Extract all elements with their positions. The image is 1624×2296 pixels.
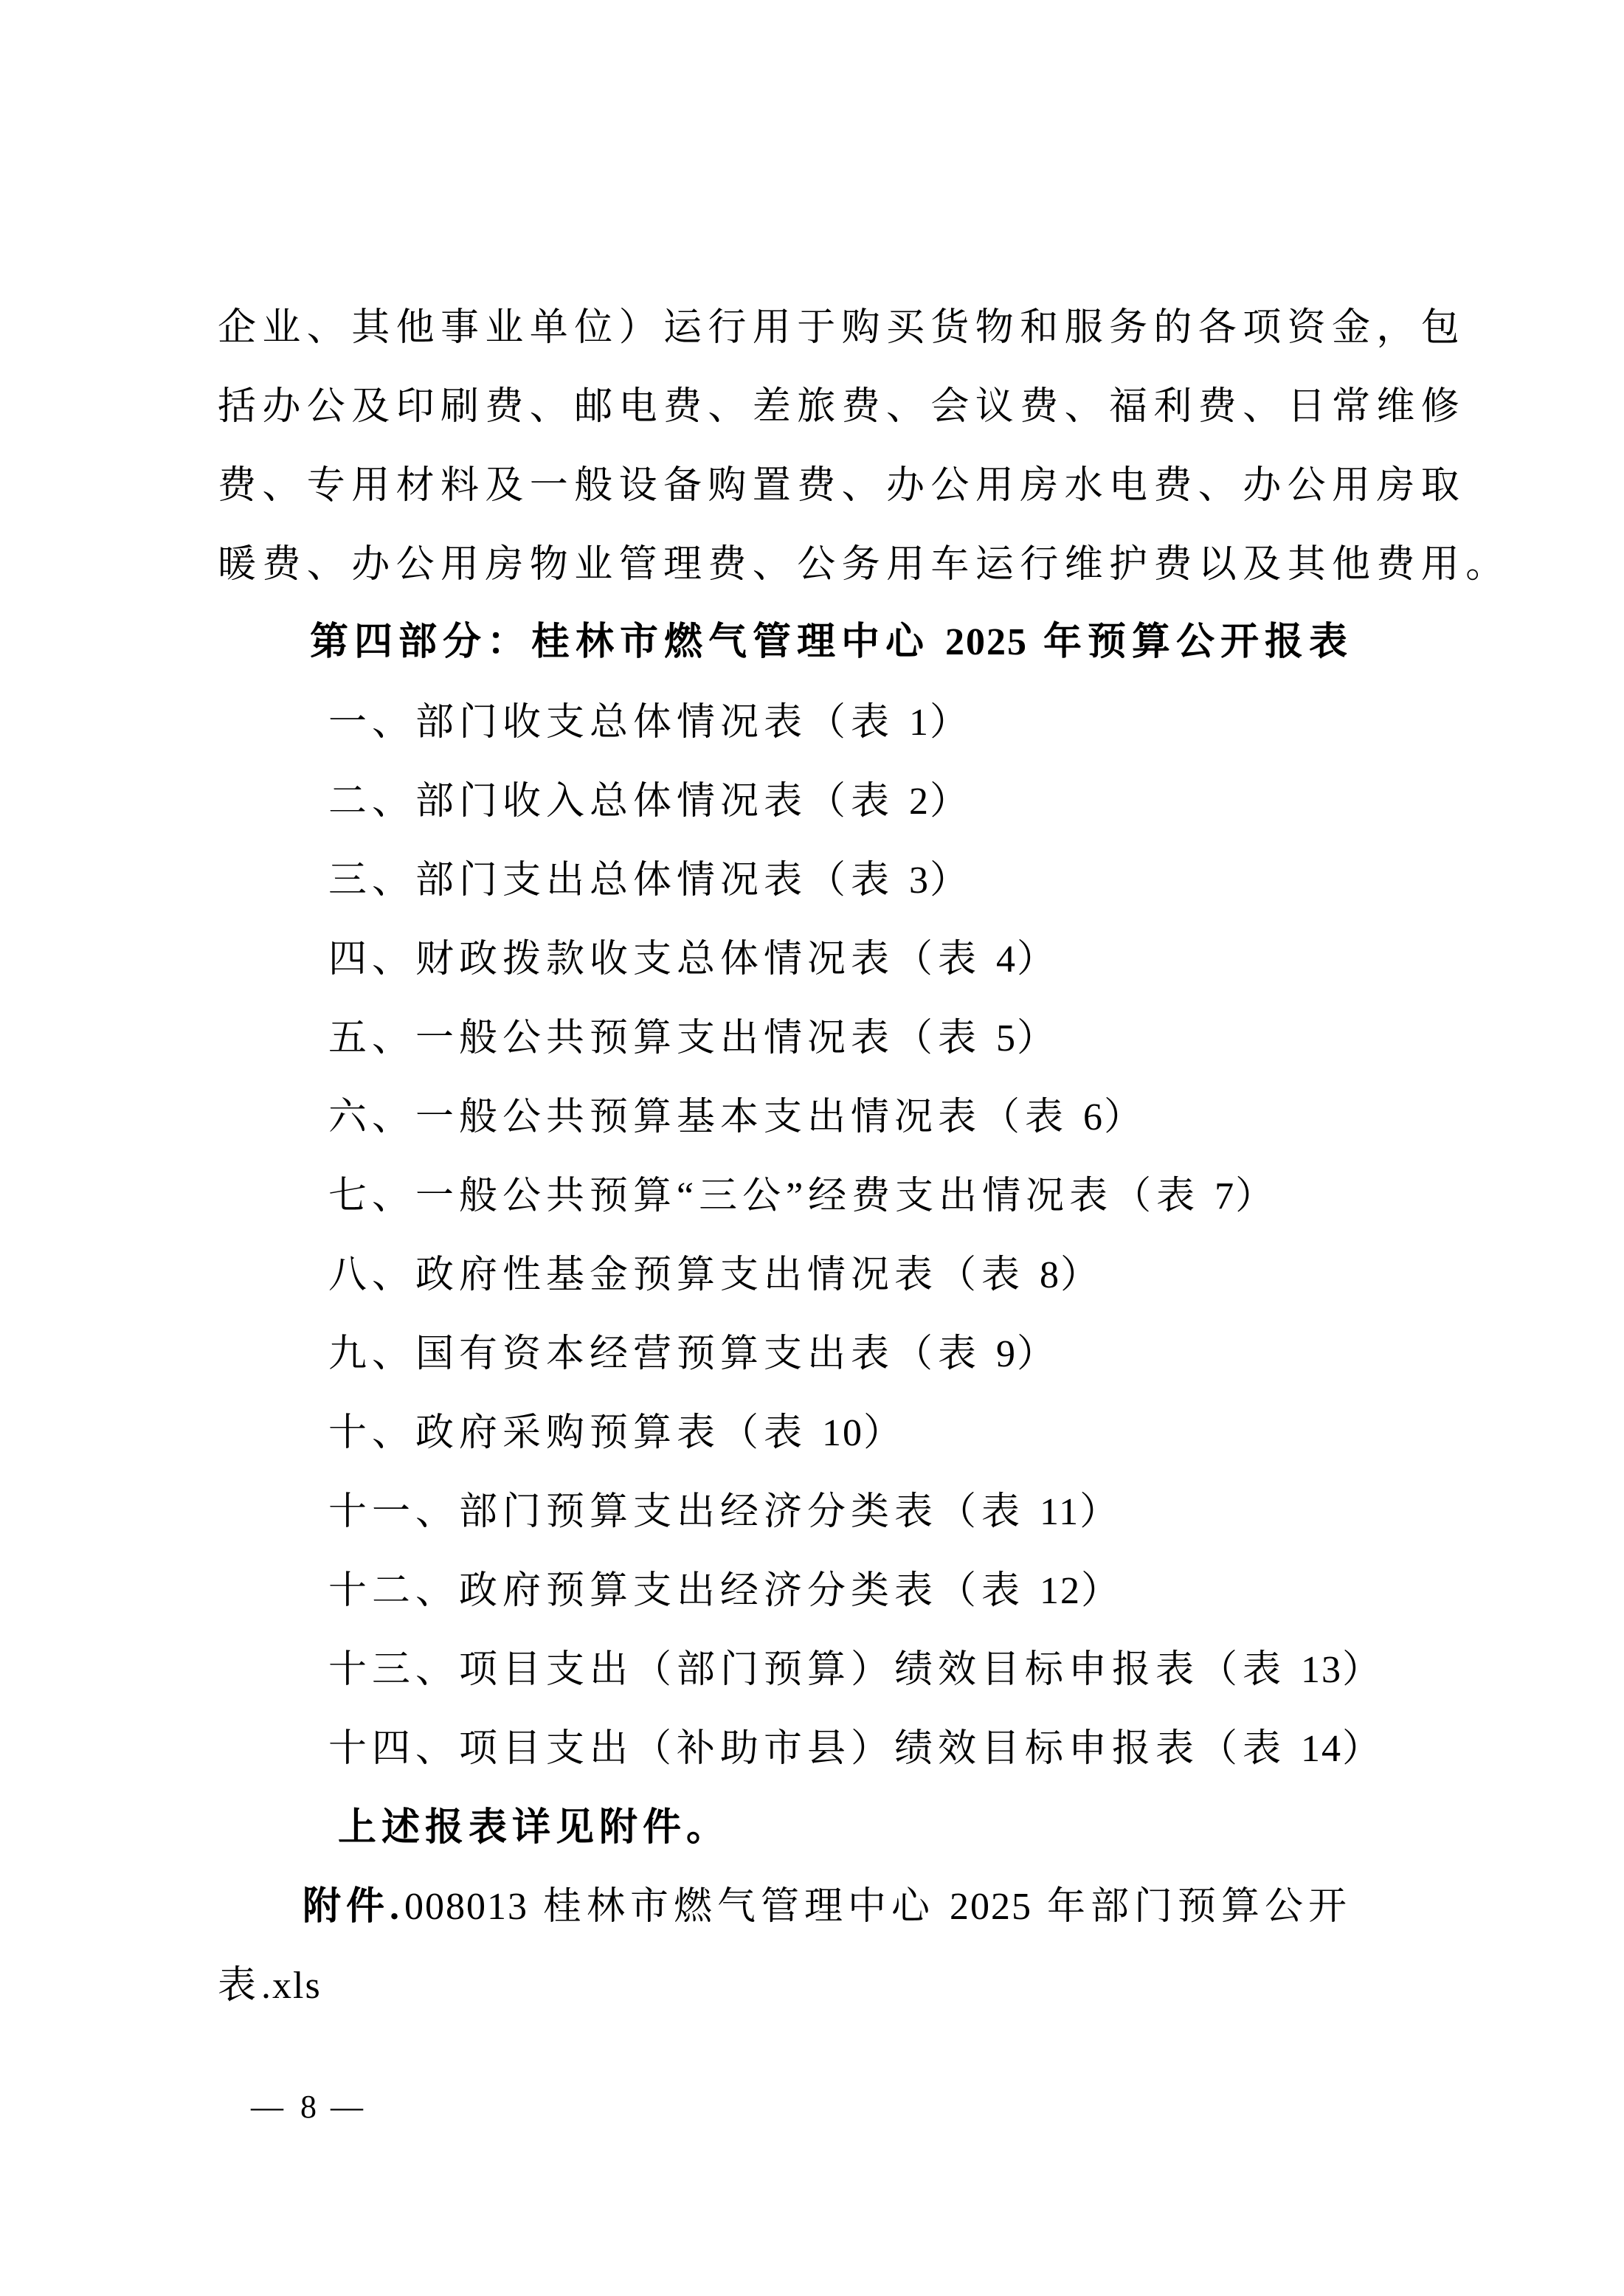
page-number: — 8 — bbox=[251, 2091, 367, 2123]
opening-paragraph-line: 括办公及印刷费、邮电费、差旅费、会议费、福利费、日常维修 bbox=[218, 388, 1465, 426]
section-heading: 第四部分：桂林市燃气管理中心 2025 年预算公开报表 bbox=[310, 623, 1353, 662]
report-list-item: 一、部门收支总体情况表（表 1） bbox=[328, 704, 973, 742]
report-list-item: 二、部门收入总体情况表（表 2） bbox=[328, 783, 973, 821]
opening-paragraph-line: 暖费、办公用房物业管理费、公务用车运行维护费以及其他费用。 bbox=[218, 546, 1510, 584]
report-list-item: 三、部门支出总体情况表（表 3） bbox=[328, 862, 973, 900]
opening-paragraph-line: 企业、其他事业单位）运行用于购买货物和服务的各项资金，包 bbox=[218, 309, 1465, 347]
attachment-value: 008013 桂林市燃气管理中心 2025 年部门预算公开 bbox=[404, 1886, 1352, 1928]
report-list-item: 六、一般公共预算基本支出情况表（表 6） bbox=[328, 1099, 1147, 1137]
note-line: 上述报表详见附件。 bbox=[338, 1809, 730, 1847]
attachment-filename-tail: 表.xls bbox=[218, 1967, 322, 2005]
report-list-item: 十二、政府预算支出经济分类表（表 12） bbox=[328, 1572, 1124, 1611]
report-list-item: 七、一般公共预算“三公”经费支出情况表（表 7） bbox=[328, 1178, 1279, 1216]
attachment-label: 附件. bbox=[303, 1886, 404, 1928]
report-list-item: 八、政府性基金预算支出情况表（表 8） bbox=[328, 1256, 1104, 1295]
report-list-item: 十一、部门预算支出经济分类表（表 11） bbox=[328, 1493, 1123, 1532]
report-list-item: 五、一般公共预算支出情况表（表 5） bbox=[328, 1020, 1060, 1058]
report-list-item: 十三、项目支出（部门预算）绩效目标申报表（表 13） bbox=[328, 1651, 1386, 1690]
report-list-item: 九、国有资本经营预算支出表（表 9） bbox=[328, 1335, 1060, 1374]
opening-paragraph-line: 费、专用材料及一般设备购置费、办公用房水电费、办公用房取 bbox=[218, 467, 1465, 505]
attachment-line: 附件.008013 桂林市燃气管理中心 2025 年部门预算公开 bbox=[303, 1888, 1352, 1926]
report-list-item: 十、政府采购预算表（表 10） bbox=[328, 1414, 907, 1453]
document-page: 企业、其他事业单位）运行用于购买货物和服务的各项资金，包括办公及印刷费、邮电费、… bbox=[0, 0, 1624, 2296]
report-list-item: 十四、项目支出（补助市县）绩效目标申报表（表 14） bbox=[328, 1730, 1386, 1768]
report-list-item: 四、财政拨款收支总体情况表（表 4） bbox=[328, 941, 1060, 979]
